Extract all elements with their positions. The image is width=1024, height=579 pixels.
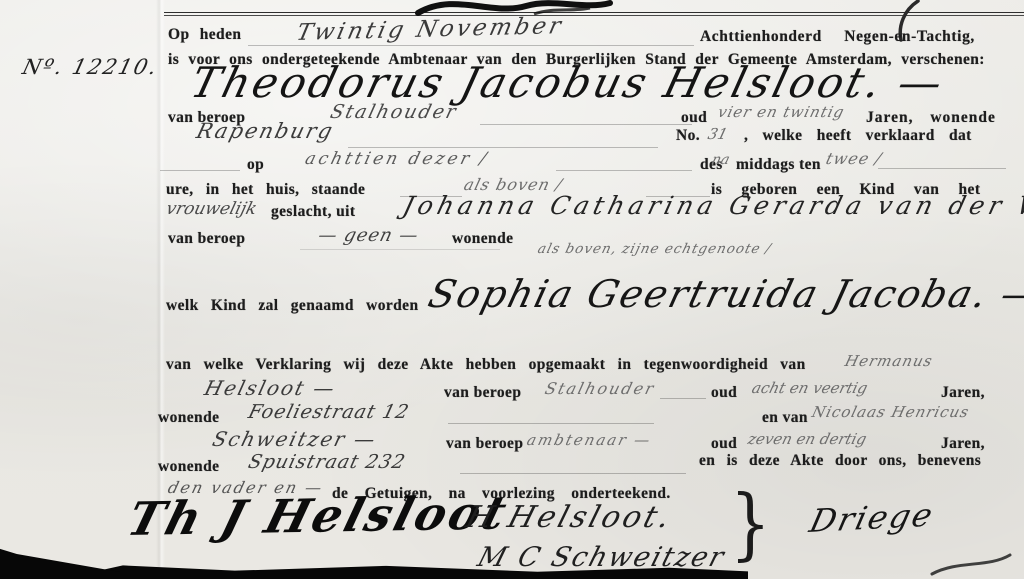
printed-van-beroep-4: van beroep: [446, 435, 523, 453]
witness2-age: zeven en dertig: [746, 430, 868, 448]
declarant-occupation: Stalhouder: [328, 101, 460, 123]
fill-line-geen: [300, 249, 500, 250]
declarant-address: Rapenburg: [194, 119, 337, 143]
witness1-surname: Helsloot —: [202, 376, 339, 400]
witness1-address: Foeliestraat 12: [246, 401, 412, 423]
signature-brace: }: [730, 480, 771, 570]
printed-en-van: en van: [762, 409, 808, 427]
printed-jaren-3: Jaren,: [941, 384, 985, 402]
fill-line-address4: [460, 473, 686, 474]
witness1-occupation: Stalhouder: [543, 379, 657, 398]
signature-witness2: M C Schweitzer: [474, 542, 729, 573]
printed-op: op: [247, 156, 264, 174]
handwritten-date: Twintig November: [294, 13, 566, 46]
printed-van-beroep-3: van beroep: [444, 384, 521, 402]
witness2-firstnames: Nicolaas Henricus: [810, 403, 971, 421]
printed-oud-1: oud: [681, 109, 707, 127]
mother-occupation: — geen —: [316, 225, 421, 246]
birth-certificate-scan: Nº. 12210. Op heden Twintig November Ach…: [0, 0, 1024, 579]
printed-op-heden: Op heden: [168, 26, 241, 44]
printed-wonende-2: wonende: [452, 230, 513, 248]
fill-line-occupation1: [480, 124, 692, 125]
printed-middags-ten: middags ten: [736, 156, 821, 174]
printed-ure-huis: ure, in het huis, staande: [166, 181, 365, 199]
printed-no-label: No.: [676, 127, 700, 145]
fill-line-occupation3: [660, 398, 706, 399]
witness2-occupation: ambtenaar —: [525, 431, 654, 449]
house-number: 31: [706, 125, 730, 143]
printed-jaren-wonende: Jaren, wonende: [866, 109, 996, 127]
printed-wonende-4: wonende: [158, 458, 219, 476]
printed-oud-3: oud: [711, 384, 737, 402]
printed-verklaring: van welke Verklaring wij deze Akte hebbe…: [166, 356, 806, 374]
declarant-name: Theodorus Jacobus Helsloot. —: [186, 58, 950, 107]
child-name: Sophia Geertruida Jacoba. —: [424, 272, 1024, 316]
printed-welk-kind: welk Kind zal genaamd worden: [166, 297, 418, 315]
signature-registrar: Driege: [806, 496, 938, 540]
mother-name: Johanna Catharina Gerarda van der Werf. …: [400, 191, 1024, 220]
printed-wonende-3: wonende: [158, 409, 219, 427]
witness2-address: Spuistraat 232: [246, 451, 408, 473]
fill-line-day: [556, 170, 692, 171]
signature-witness1: H Helsloot.: [462, 500, 677, 535]
fill-line-address1: [348, 147, 658, 148]
declarant-age: vier en twintig: [716, 103, 847, 121]
witness1-firstname: Hermanus: [843, 352, 935, 370]
fill-line-address3: [448, 423, 654, 424]
mother-residence: als boven, zijne echtgenoote ∕: [536, 241, 773, 257]
birth-hour: twee ∕: [824, 149, 884, 168]
printed-welke-heeft: , welke heeft verklaard dat: [744, 127, 972, 145]
child-gender: vrouwelijk: [164, 199, 259, 219]
witness1-age: acht en veertig: [750, 379, 869, 397]
printed-van-beroep-2: van beroep: [168, 230, 245, 248]
birth-day: achttien dezer ∕: [303, 149, 491, 169]
signature-father: Th J Helsloot: [122, 485, 515, 546]
registration-number: Nº. 12210.: [20, 55, 161, 79]
printed-geslacht-uit: geslacht, uit: [271, 203, 355, 221]
afternoon-particle: na: [710, 152, 731, 168]
scan-corner-wedge: [0, 547, 120, 579]
fill-line-pre-op: [160, 170, 240, 171]
cutoff-flourish-stroke: [928, 552, 1014, 578]
fill-line-hour: [878, 168, 1006, 169]
witness2-surname: Schweitzer —: [210, 427, 379, 451]
printed-akte-door: en is deze Akte door ons, benevens: [699, 452, 981, 470]
printed-jaren-4: Jaren,: [941, 435, 985, 453]
printed-year: Achttienhonderd Negen-en-Tachtig,: [700, 28, 975, 46]
printed-oud-4: oud: [711, 435, 737, 453]
